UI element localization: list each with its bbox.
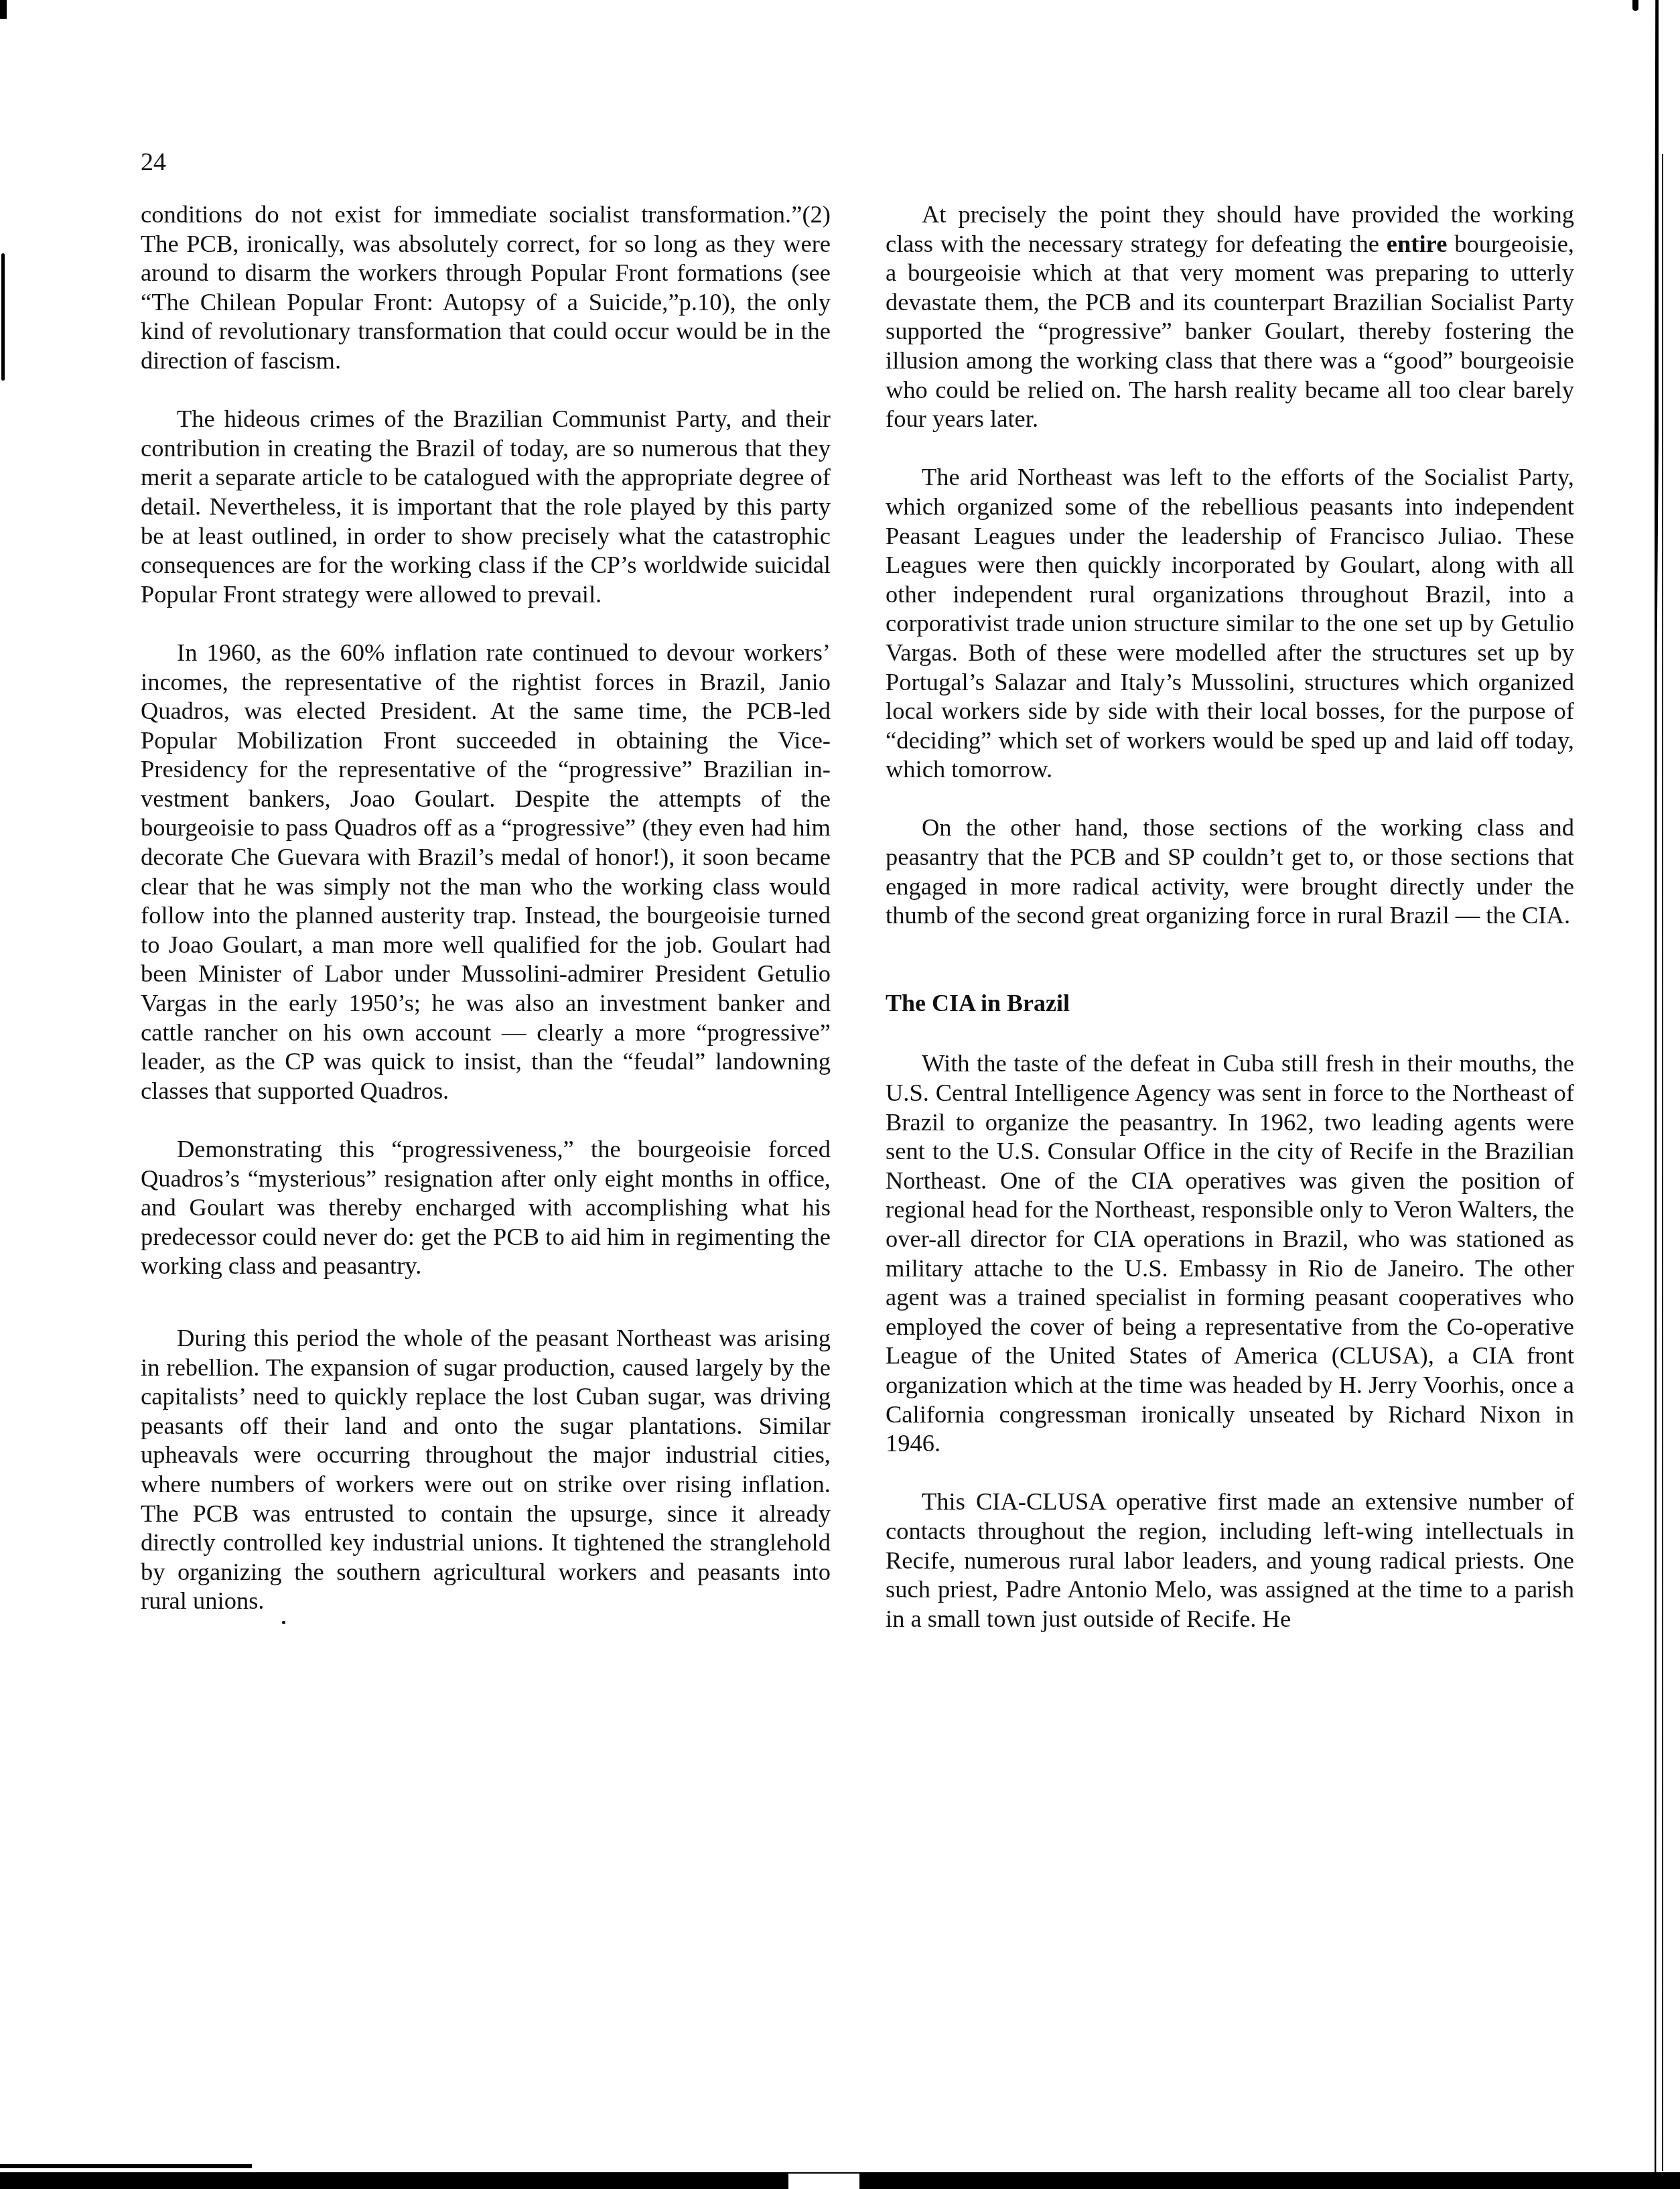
stray-print-mark xyxy=(282,1621,285,1624)
scan-edge-artifact xyxy=(788,2174,859,2189)
paragraph: The arid Northeast was left to the effor… xyxy=(886,462,1574,784)
paragraph-text: bourgeoisie, a bourgeoisie which at that… xyxy=(886,230,1574,433)
paragraph: With the taste of the defeat in Cuba sti… xyxy=(886,1049,1574,1457)
paragraph: The hideous crimes of the Brazilian Comm… xyxy=(141,404,831,608)
scan-page-edge-right xyxy=(1655,0,1659,2174)
paragraph: At precisely the point they should have … xyxy=(886,200,1574,434)
paragraph: On the other hand, those sections of the… xyxy=(886,813,1574,929)
scan-edge-artifact xyxy=(0,0,7,19)
scan-edge-artifact xyxy=(1,253,5,381)
paragraph: In 1960, as the 60% inflation rate conti… xyxy=(141,638,831,1106)
right-column: At precisely the point they should have … xyxy=(886,200,1574,1662)
scan-edge-artifact xyxy=(1632,0,1638,11)
section-heading: The CIA in Brazil xyxy=(886,989,1574,1018)
paragraph: During this period the whole of the peas… xyxy=(141,1323,831,1615)
page-number: 24 xyxy=(141,147,166,177)
left-column: conditions do not exist for immediate so… xyxy=(141,200,831,1645)
paragraph: Demonstrating this “progressiveness,” th… xyxy=(141,1134,831,1280)
paragraph: This CIA-CLUSA operative first made an e… xyxy=(886,1487,1574,1633)
scan-edge-artifact xyxy=(0,2164,1680,2168)
paragraph: conditions do not exist for immediate so… xyxy=(141,200,831,375)
emphasis-text: entire xyxy=(1387,230,1448,257)
scan-page-edge-right-thin xyxy=(1662,154,1663,2171)
